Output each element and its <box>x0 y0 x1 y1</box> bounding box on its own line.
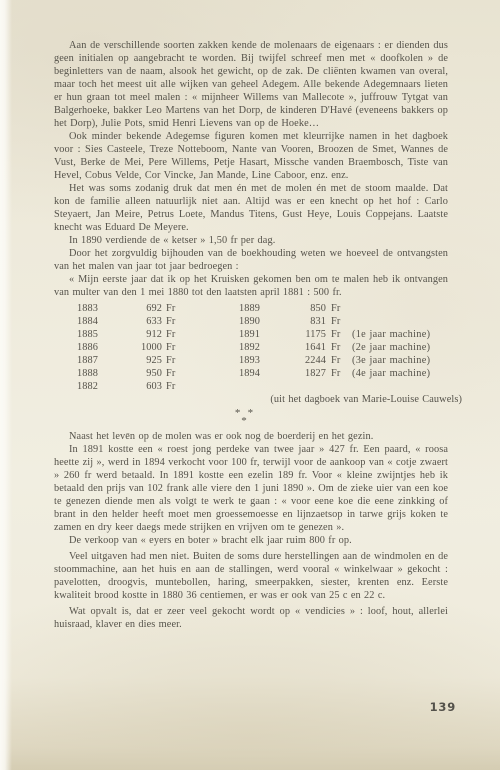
currency-label: Fr <box>331 341 347 354</box>
year-cell: 1893 <box>239 354 265 367</box>
currency-label: Fr <box>166 302 182 315</box>
ledger-row: 18861000Fr18921641Fr(2e jaar machine) <box>54 341 448 354</box>
paragraph-boekhouding: Door het zorgvuldig bijhouden van de boe… <box>54 247 448 273</box>
year-cell: 1885 <box>77 328 103 341</box>
currency-label: Fr <box>331 302 347 315</box>
paragraph-vendicies: Wat opvalt is, dat er zeer veel gekocht … <box>54 605 448 631</box>
amount-cell: 950 <box>103 367 162 380</box>
currency-label: Fr <box>331 367 347 380</box>
scanned-book-page: Aan de verschillende soorten zakken kend… <box>0 0 500 770</box>
year-cell: 1884 <box>77 315 103 328</box>
currency-label: Fr <box>166 315 182 328</box>
text-column: Aan de verschillende soorten zakken kend… <box>54 39 448 631</box>
amount-cell <box>265 380 326 393</box>
year-cell: 1889 <box>239 302 265 315</box>
amount-cell: 925 <box>103 354 162 367</box>
year-cell: 1891 <box>239 328 265 341</box>
page-number: 139 <box>430 700 456 714</box>
asterisk-separator: * * * <box>48 406 442 430</box>
amount-cell: 1827 <box>265 367 326 380</box>
paragraph-dieren: In 1891 kostte een « roest jong perdeke … <box>54 443 448 534</box>
year-cell: 1886 <box>77 341 103 354</box>
year-cell: 1883 <box>77 302 103 315</box>
currency-label: Fr <box>166 367 182 380</box>
amount-cell: 912 <box>103 328 162 341</box>
paragraph-uitgaven: Veel uitgaven had men niet. Buiten de so… <box>54 550 448 602</box>
amount-cell: 1641 <box>265 341 326 354</box>
machine-note: (2e jaar machine) <box>352 341 430 354</box>
amount-cell: 692 <box>103 302 162 315</box>
paragraph-boerderij: Naast het leven op de molen was er ook n… <box>54 430 448 443</box>
ledger-row: 1884633Fr1890831Fr <box>54 315 448 328</box>
year-cell: 1887 <box>77 354 103 367</box>
asterisk-single: * <box>48 417 442 425</box>
stray-ink-mark: - <box>126 427 130 439</box>
year-cell <box>239 380 265 393</box>
amount-cell: 603 <box>103 380 162 393</box>
year-cell: 1894 <box>239 367 265 380</box>
machine-note: (1e jaar machine) <box>352 328 430 341</box>
amount-cell: 1000 <box>103 341 162 354</box>
year-cell: 1892 <box>239 341 265 354</box>
currency-label <box>331 380 347 393</box>
currency-label: Fr <box>331 328 347 341</box>
year-cell: 1890 <box>239 315 265 328</box>
amount-cell: 831 <box>265 315 326 328</box>
year-cell: 1888 <box>77 367 103 380</box>
ledger-row: 1882603Fr <box>54 380 448 393</box>
currency-label: Fr <box>331 354 347 367</box>
diary-credit: (uit het dagboek van Marie-Louise Cauwel… <box>54 393 462 406</box>
paragraph-knechten: Het was soms zodanig druk dat men én met… <box>54 182 448 234</box>
amount-cell: 850 <box>265 302 326 315</box>
currency-label: Fr <box>331 315 347 328</box>
amount-cell: 1175 <box>265 328 326 341</box>
machine-note: (3e jaar machine) <box>352 354 430 367</box>
ledger-row: 1883692Fr1889850Fr <box>54 302 448 315</box>
currency-label: Fr <box>166 328 182 341</box>
paragraph-ketser: In 1890 verdiende de « ketser » 1,50 fr … <box>54 234 448 247</box>
amount-cell: 633 <box>103 315 162 328</box>
ledger-row: 1888950Fr18941827Fr(4e jaar machine) <box>54 367 448 380</box>
paragraph-figures: Ook minder bekende Adegemse figuren kome… <box>54 130 448 182</box>
paragraph-eerste-jaar: « Mijn eerste jaar dat ik op het Kruiske… <box>54 273 448 299</box>
ledger-row: 1887925Fr18932244Fr(3e jaar machine) <box>54 354 448 367</box>
machine-note: (4e jaar machine) <box>352 367 430 380</box>
currency-label: Fr <box>166 354 182 367</box>
ledger-row: 1885912Fr18911175Fr(1e jaar machine) <box>54 328 448 341</box>
paragraph-sacks: Aan de verschillende soorten zakken kend… <box>54 39 448 130</box>
currency-label: Fr <box>166 341 182 354</box>
ledger-table: 1883692Fr1889850Fr 1884633Fr1890831Fr 18… <box>54 302 448 393</box>
paragraph-eyers: De verkoop van « eyers en boter » bracht… <box>54 534 448 547</box>
year-cell: 1882 <box>77 380 103 393</box>
amount-cell: 2244 <box>265 354 326 367</box>
currency-label: Fr <box>166 380 182 393</box>
